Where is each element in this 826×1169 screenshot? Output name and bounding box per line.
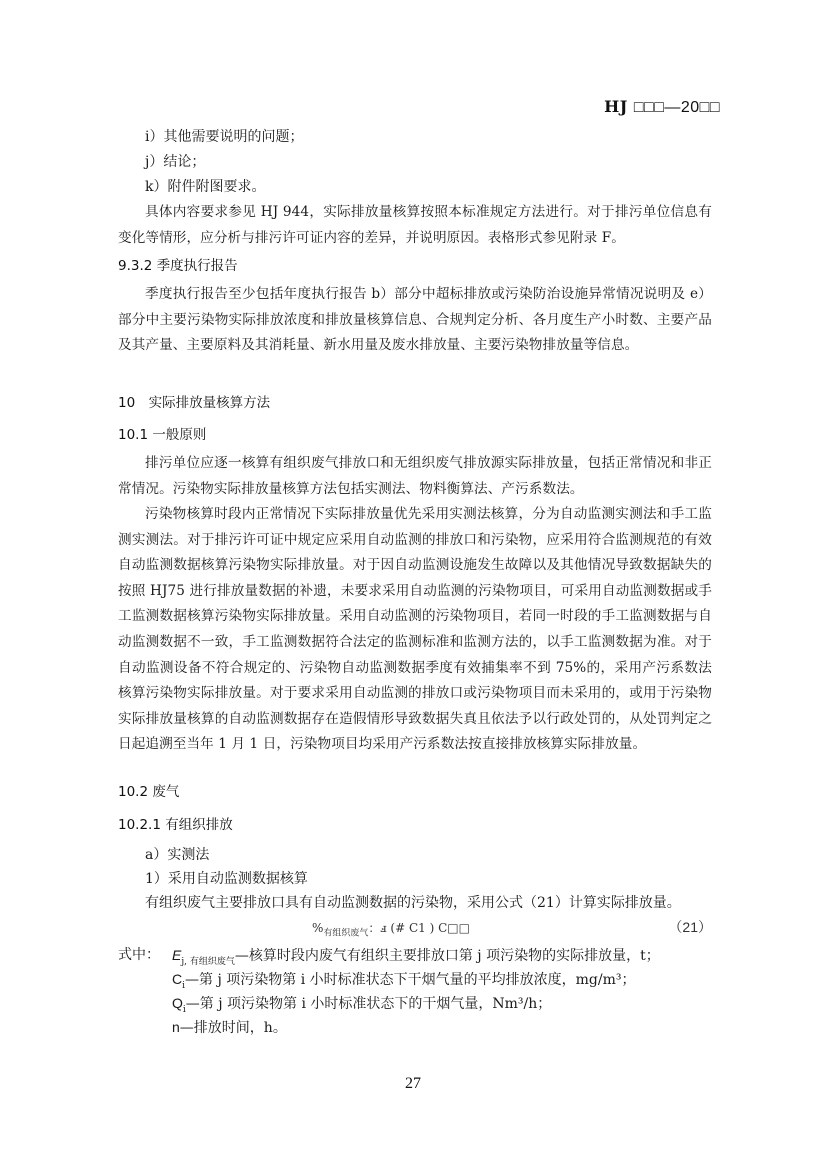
document-page: HJ □□□—20□□ i）其他需要说明的问题； j）结论； k）附件附图要求。… xyxy=(0,0,826,1169)
definition-item: n—排放时间，h。 xyxy=(172,1016,287,1039)
formula-expression: %有组织废气：ⅎ (# Ϲ1 ) Ϲ□□ xyxy=(312,919,470,938)
list-item: k）附件附图要求。 xyxy=(145,176,265,198)
where-label: 式中： xyxy=(118,944,160,966)
paragraph-quarterly-report: 季度执行报告至少包括年度执行报告 b）部分中超标排放或污染防治设施异常情况说明及… xyxy=(118,282,712,359)
paragraph-general-principle-2: 污染物核算时段内正常情况下实际排放量优先采用实测法核算，分为自动监测实测法和手工… xyxy=(118,502,712,758)
section-heading-10-2-1: 10.2.1 有组织排放 xyxy=(118,814,712,836)
list-item: i）其他需要说明的问题； xyxy=(145,126,303,148)
paragraph-general-principle-1: 排污单位应逐一核算有组织废气排放口和无组织废气排放源实际排放量，包括正常情况和非… xyxy=(118,451,712,502)
header-code: □□□—20□□ xyxy=(634,99,720,116)
standard-code-header: HJ □□□—20□□ xyxy=(540,97,720,117)
formula-number: （21） xyxy=(668,917,712,937)
paragraph-annual-report: 具体内容要求参见 HJ 944，实际排放量核算按照本标准规定方法进行。对于排污单… xyxy=(118,200,712,251)
section-heading-10: 10 实际排放量核算方法 xyxy=(118,392,712,414)
section-heading-9-3-2: 9.3.2 季度执行报告 xyxy=(118,255,712,277)
page-number: 27 xyxy=(0,1075,826,1093)
list-item: j）结论； xyxy=(145,151,205,173)
list-item-measurement-method: a）实测法 xyxy=(145,844,209,866)
header-prefix: HJ xyxy=(604,97,628,116)
paragraph-formula-intro: 有组织废气主要排放口具有自动监测数据的污染物，采用公式（21）计算实际排放量。 xyxy=(145,892,681,914)
section-heading-10-2: 10.2 废气 xyxy=(118,781,712,803)
section-heading-10-1: 10.1 一般原则 xyxy=(118,424,712,446)
list-item-auto-monitoring: 1）采用自动监测数据核算 xyxy=(145,868,308,890)
